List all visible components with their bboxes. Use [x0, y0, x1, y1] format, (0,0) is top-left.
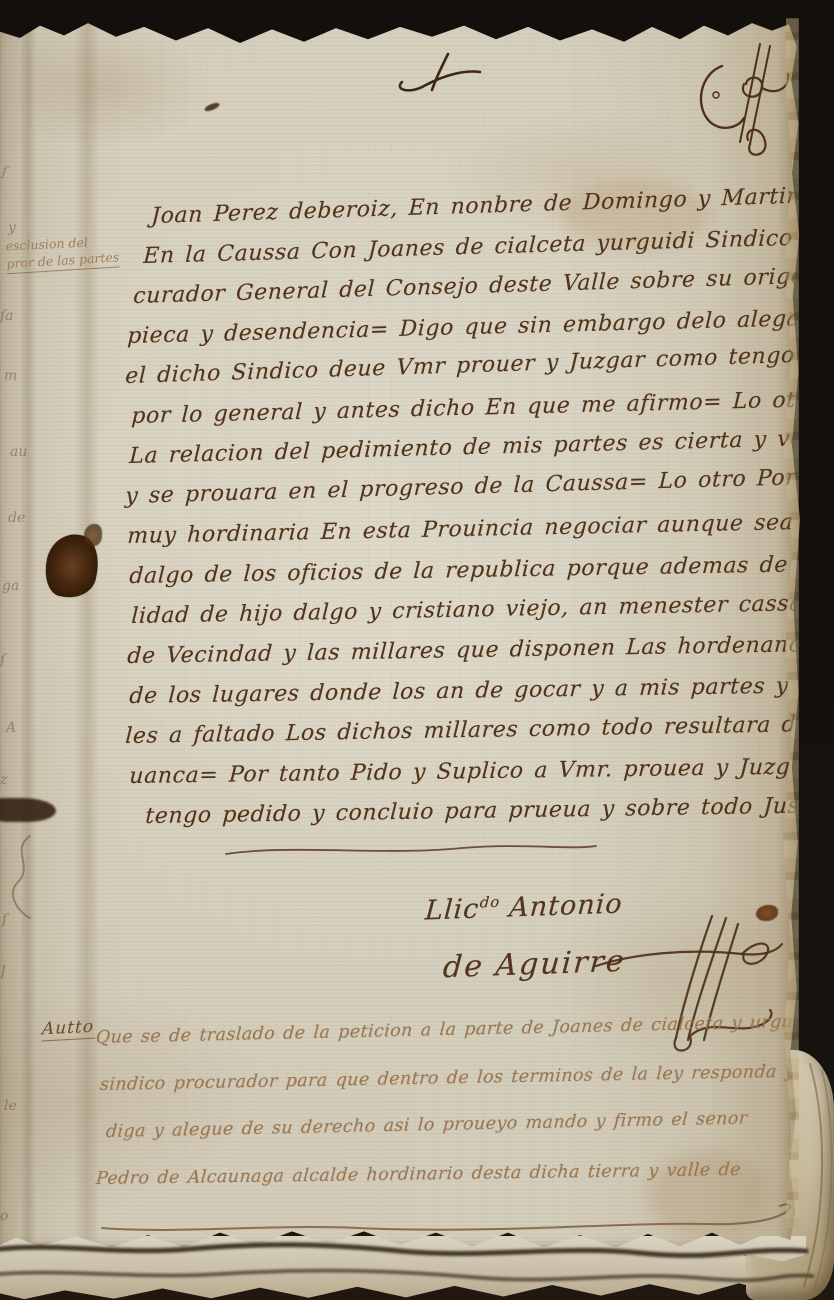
bleedthrough-mark: m — [4, 368, 17, 384]
bleedthrough-mark: z — [0, 772, 7, 788]
bleedthrough-mark: y — [8, 220, 16, 236]
bleedthrough-mark: o — [0, 1208, 8, 1224]
bleedthrough-mark: de — [8, 510, 25, 526]
bleedthrough-mark: ſa — [0, 308, 14, 324]
petition-text-block: Joan Perez deberoiz, En nonbre de Doming… — [125, 204, 800, 844]
bleedthrough-mark: ſ — [1, 164, 8, 181]
bleedthrough-mark: le — [4, 1098, 17, 1114]
manuscript-photo: esclusion del pror de las partes Joan Pe… — [0, 0, 834, 1300]
bleedthrough-mark: ſ — [0, 652, 5, 668]
manuscript-page: esclusion del pror de las partes Joan Pe… — [0, 12, 800, 1250]
bleedthrough-mark: ga — [2, 578, 19, 594]
folio-rubric-icon — [688, 40, 800, 150]
bleedthrough-mark: J — [0, 964, 6, 980]
margin-note-auto: Autto — [42, 1017, 97, 1040]
bleedthrough-mark: ſ — [2, 912, 7, 928]
binding-crease — [20, 12, 36, 1250]
signature-title: Llic — [424, 894, 480, 927]
page-stack-seam-lower — [0, 1266, 812, 1282]
edge-ink-smudge — [0, 798, 56, 822]
bleedthrough-mark: A — [6, 720, 16, 736]
signature-title-superscript: do — [479, 893, 501, 912]
ink-blot — [84, 524, 102, 546]
petition-underline — [222, 840, 602, 862]
bleedthrough-flourish — [0, 832, 40, 922]
decree-closing-rule — [98, 1198, 800, 1240]
decree-text-block: Que se de traslado de la peticion a la p… — [95, 1028, 800, 1216]
invocation-cross-icon — [392, 42, 492, 98]
auto-label: Autto — [41, 1017, 96, 1042]
page-stack-seam-upper — [0, 1240, 810, 1260]
bleedthrough-mark: au — [10, 444, 27, 460]
ink-speck — [203, 101, 220, 113]
